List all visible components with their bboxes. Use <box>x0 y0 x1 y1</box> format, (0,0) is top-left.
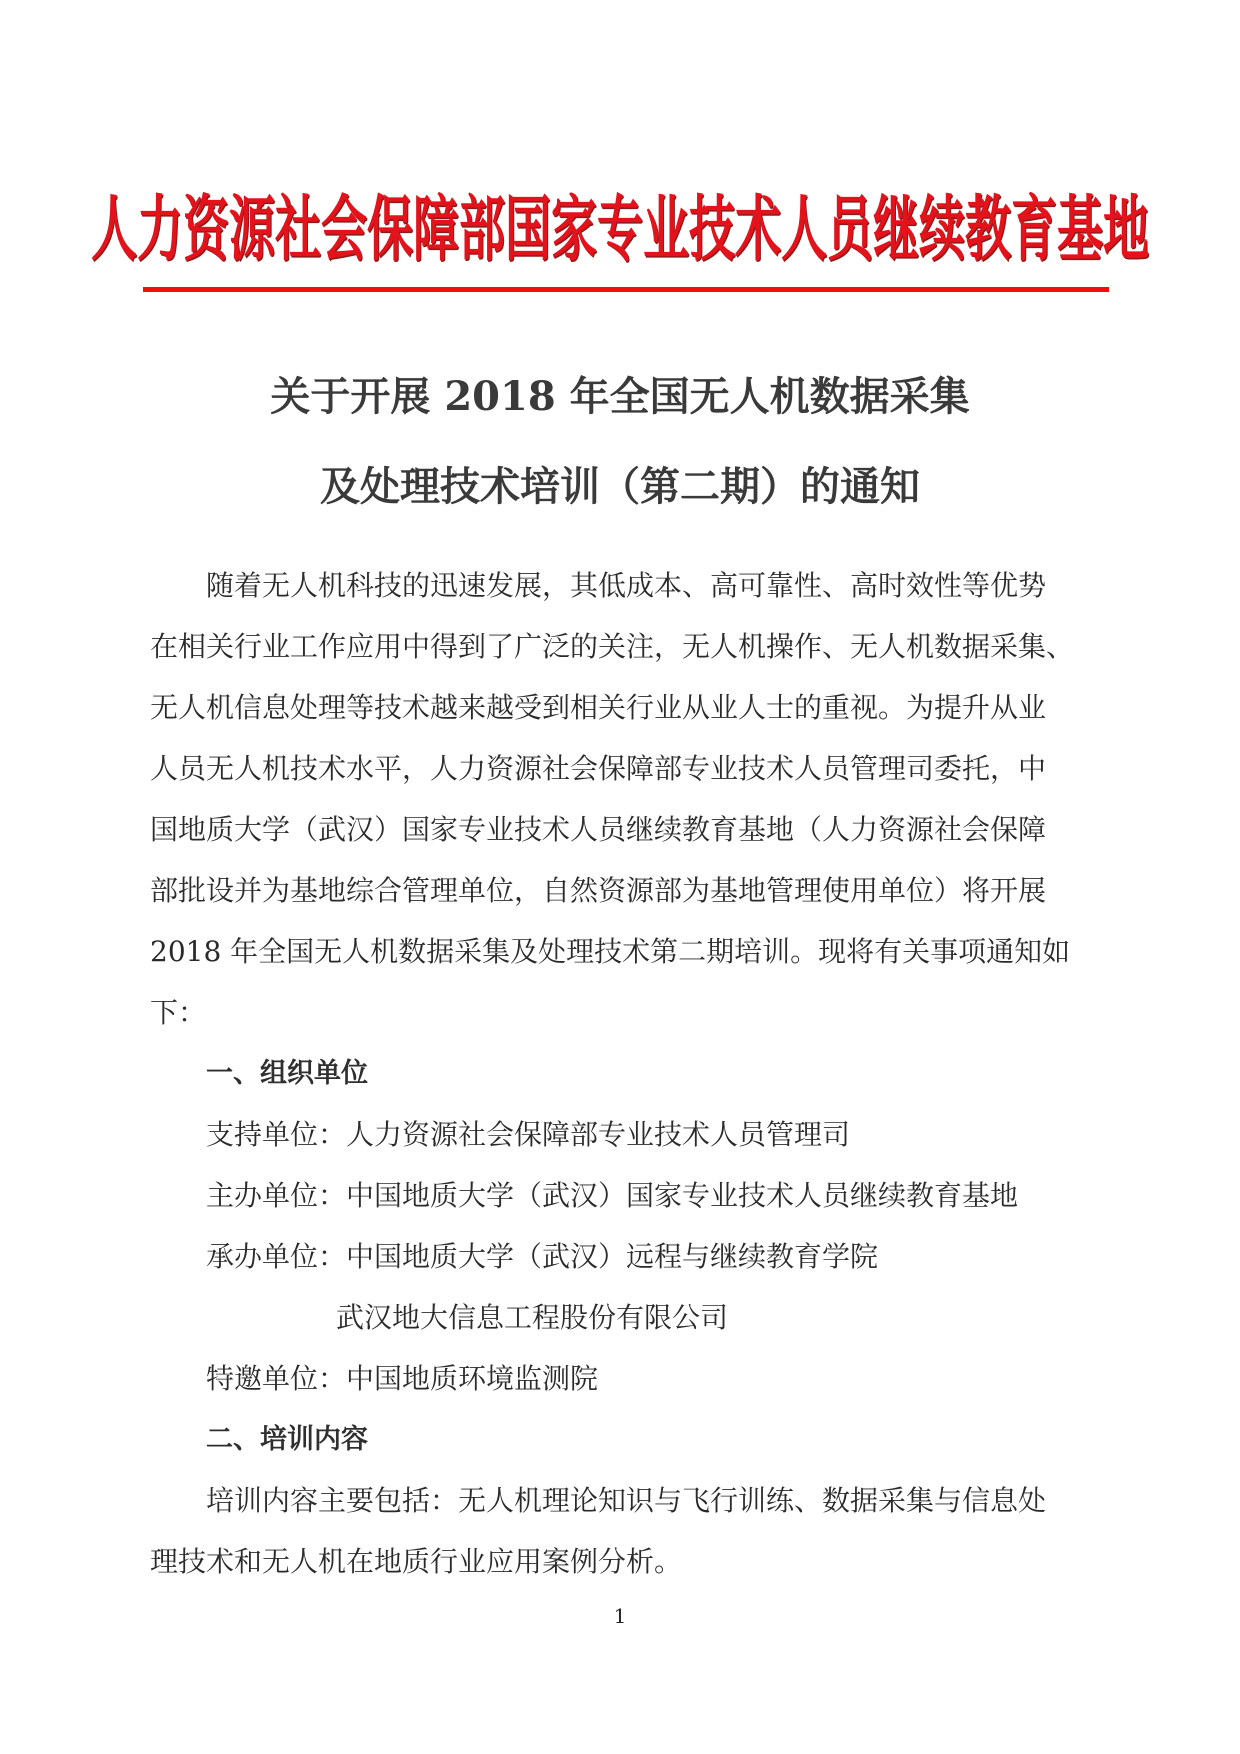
content-line: 培训内容主要包括：无人机理论知识与飞行训练、数据采集与信息处 <box>150 1470 1090 1531</box>
letterhead-organization: 人力资源社会保障部国家专业技术人员继续教育基地 <box>91 173 1149 275</box>
document-title-line-1: 关于开展 2018 年全国无人机数据采集 <box>0 365 1240 422</box>
section-heading: 二、培训内容 <box>150 1409 1090 1470</box>
letterhead-red-rule <box>143 287 1109 292</box>
invited-unit: 特邀单位：中国地质环境监测院 <box>150 1348 1090 1409</box>
intro-line: 2018 年全国无人机数据采集及处理技术第二期培训。现将有关事项通知如 <box>150 921 1090 982</box>
intro-line: 人员无人机技术水平，人力资源社会保障部专业技术人员管理司委托，中 <box>150 738 1090 799</box>
content-line: 理技术和无人机在地质行业应用案例分析。 <box>150 1531 1090 1592</box>
section-organizers: 一、组织单位 支持单位：人力资源社会保障部专业技术人员管理司 主办单位：中国地质… <box>150 1043 1090 1409</box>
intro-line: 随着无人机科技的迅速发展，其低成本、高可靠性、高时效性等优势 <box>150 555 1090 616</box>
intro-line: 国地质大学（武汉）国家专业技术人员继续教育基地（人力资源社会保障 <box>150 799 1090 860</box>
document-title-line-2: 及处理技术培训（第二期）的通知 <box>0 455 1240 512</box>
intro-line: 在相关行业工作应用中得到了广泛的关注，无人机操作、无人机数据采集、 <box>150 616 1090 677</box>
intro-line: 部批设并为基地综合管理单位，自然资源部为基地管理使用单位）将开展 <box>150 860 1090 921</box>
page-number: 1 <box>0 1604 1240 1628</box>
intro-line: 下： <box>150 982 1090 1043</box>
organizer-unit: 承办单位：中国地质大学（武汉）远程与继续教育学院 <box>150 1226 1090 1287</box>
letterhead: 人力资源社会保障部国家专业技术人员继续教育基地 <box>148 176 1092 272</box>
intro-paragraph: 随着无人机科技的迅速发展，其低成本、高可靠性、高时效性等优势 在相关行业工作应用… <box>150 555 1090 1043</box>
support-unit: 支持单位：人力资源社会保障部专业技术人员管理司 <box>150 1104 1090 1165</box>
host-unit: 主办单位：中国地质大学（武汉）国家专业技术人员继续教育基地 <box>150 1165 1090 1226</box>
document-body: 随着无人机科技的迅速发展，其低成本、高可靠性、高时效性等优势 在相关行业工作应用… <box>150 555 1090 1592</box>
intro-line: 无人机信息处理等技术越来越受到相关行业从业人士的重视。为提升从业 <box>150 677 1090 738</box>
organizer-unit-2: 武汉地大信息工程股份有限公司 <box>150 1287 1090 1348</box>
section-training-content: 二、培训内容 培训内容主要包括：无人机理论知识与飞行训练、数据采集与信息处 理技… <box>150 1409 1090 1592</box>
section-heading: 一、组织单位 <box>150 1043 1090 1104</box>
